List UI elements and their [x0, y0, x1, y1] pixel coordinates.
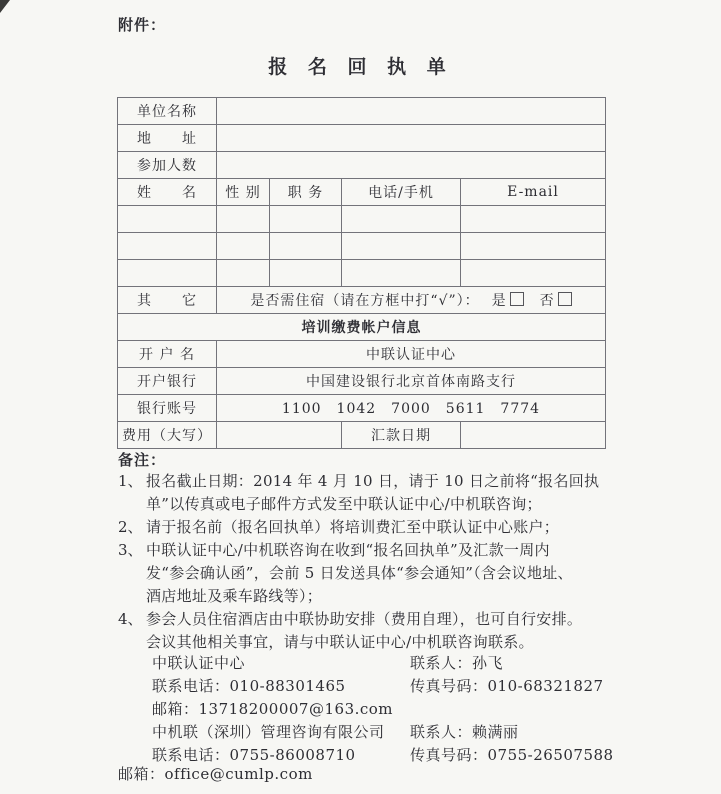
- payment-section-header: 培训缴费帐户信息: [118, 314, 606, 341]
- note-number: 3、: [118, 539, 146, 608]
- participants-input-cell: [217, 152, 606, 179]
- table-row: 参加人数: [118, 152, 606, 179]
- note-line: 发“参会确认函”，会前 5 日发送具体“参会通知”（含会议地址、: [146, 562, 620, 585]
- contact-row: 中联认证中心 联系人：孙飞: [152, 652, 622, 675]
- other-label: 其 它: [118, 287, 217, 314]
- person-phone-cell: [342, 260, 461, 287]
- accommodation-cell: 是否需住宿（请在方框中打“√”）：是否: [217, 287, 606, 314]
- table-row: 单位名称: [118, 98, 606, 125]
- person-name-cell: [118, 260, 217, 287]
- person-row: [118, 260, 606, 287]
- note-line: 会议其他相关事宜，请与中联认证中心/中机联咨询联系。: [146, 631, 620, 654]
- payment-header-row: 培训缴费帐户信息: [118, 314, 606, 341]
- note-line: 参会人员住宿酒店由中联协助安排（费用自理），也可自行安排。: [146, 608, 620, 631]
- note-line: 中联认证中心/中机联咨询在收到“报名回执单”及汇款一周内: [146, 539, 620, 562]
- person-email-cell: [461, 233, 606, 260]
- person-gender-cell: [217, 260, 270, 287]
- table-header-row: 姓 名 性 别 职 务 电话/手机 E-mail: [118, 179, 606, 206]
- col-header-position: 职 务: [270, 179, 342, 206]
- account-number-label: 银行账号: [118, 395, 217, 422]
- person-email-cell: [461, 260, 606, 287]
- account-number-value: 1100 1042 7000 5611 7774: [217, 395, 606, 422]
- address-input-cell: [217, 125, 606, 152]
- fee-input-cell: [217, 422, 342, 449]
- person-name-cell: [118, 206, 217, 233]
- person-position-cell: [270, 260, 342, 287]
- remittance-date-label: 汇款日期: [342, 422, 461, 449]
- org1-name: 中联认证中心: [152, 652, 410, 675]
- note-number: 4、: [118, 608, 146, 654]
- bank-row: 开户银行 中国建设银行北京首体南路支行: [118, 368, 606, 395]
- registration-table: 单位名称 地 址 参加人数 姓 名 性 别 职 务 电话/手机 E-mail: [117, 97, 606, 449]
- contact-row: 邮箱：13718200007@163.com: [152, 698, 622, 721]
- note-line: 单”以传真或电子邮件方式发至中联认证中心/中机联咨询；: [146, 493, 620, 516]
- scan-artifact-corner: [0, 0, 10, 13]
- footer-email: 邮箱：office@cumlp.com: [118, 763, 313, 784]
- note-line: 请于报名前（报名回执单）将培训费汇至中联认证中心账户；: [146, 516, 620, 539]
- contact-row: 联系电话：010-88301465 传真号码：010-68321827: [152, 675, 622, 698]
- person-phone-cell: [342, 206, 461, 233]
- person-gender-cell: [217, 206, 270, 233]
- person-position-cell: [270, 206, 342, 233]
- bank-value: 中国建设银行北京首体南路支行: [217, 368, 606, 395]
- notes-title: 备注：: [118, 450, 620, 470]
- account-name-row: 开 户 名 中联认证中心: [118, 341, 606, 368]
- unit-name-input-cell: [217, 98, 606, 125]
- unit-name-label: 单位名称: [118, 98, 217, 125]
- remittance-date-input-cell: [461, 422, 606, 449]
- no-checkbox: [558, 292, 572, 306]
- person-phone-cell: [342, 233, 461, 260]
- org2-contact-person: 联系人：赖满丽: [410, 721, 622, 744]
- page-title: 报 名 回 执 单: [0, 52, 721, 79]
- org2-name: 中机联（深圳）管理咨询有限公司: [152, 721, 410, 744]
- scanned-document-page: 附件： 报 名 回 执 单 单位名称 地 址 参加人数 姓 名 性 别 职 务 …: [0, 0, 721, 794]
- participants-label: 参加人数: [118, 152, 217, 179]
- note-item-1: 1、 报名截止日期：2014 年 4 月 10 日，请于 10 日之前将“报名回…: [118, 470, 620, 516]
- note-number: 1、: [118, 470, 146, 516]
- org1-phone: 联系电话：010-88301465: [152, 675, 410, 698]
- person-email-cell: [461, 206, 606, 233]
- org1-email: 邮箱：13718200007@163.com: [152, 698, 410, 721]
- bank-label: 开户银行: [118, 368, 217, 395]
- person-gender-cell: [217, 233, 270, 260]
- yes-checkbox: [510, 292, 524, 306]
- note-item-2: 2、 请于报名前（报名回执单）将培训费汇至中联认证中心账户；: [118, 516, 620, 539]
- attachment-label: 附件：: [118, 14, 166, 35]
- other-row: 其 它 是否需住宿（请在方框中打“√”）：是否: [118, 287, 606, 314]
- accommodation-no-label: 否: [540, 293, 555, 309]
- account-name-label: 开 户 名: [118, 341, 217, 368]
- person-name-cell: [118, 233, 217, 260]
- accommodation-yes-label: 是: [492, 293, 507, 309]
- table-row: 地 址: [118, 125, 606, 152]
- address-label: 地 址: [118, 125, 217, 152]
- contacts-block: 中联认证中心 联系人：孙飞 联系电话：010-88301465 传真号码：010…: [152, 652, 622, 767]
- person-position-cell: [270, 233, 342, 260]
- col-header-phone: 电话/手机: [342, 179, 461, 206]
- col-header-name: 姓 名: [118, 179, 217, 206]
- person-row: [118, 206, 606, 233]
- note-item-3: 3、 中联认证中心/中机联咨询在收到“报名回执单”及汇款一周内 发“参会确认函”…: [118, 539, 620, 608]
- col-header-email: E-mail: [461, 179, 606, 206]
- note-line: 报名截止日期：2014 年 4 月 10 日，请于 10 日之前将“报名回执: [146, 470, 620, 493]
- person-row: [118, 233, 606, 260]
- note-number: 2、: [118, 516, 146, 539]
- fee-row: 费用（大写） 汇款日期: [118, 422, 606, 449]
- accommodation-question: 是否需住宿（请在方框中打“√”）：: [250, 293, 479, 309]
- note-line: 酒店地址及乘车路线等）；: [146, 585, 620, 608]
- col-header-gender: 性 别: [217, 179, 270, 206]
- org2-fax: 传真号码：0755-26507588: [410, 744, 622, 767]
- contact-right-empty: [410, 698, 622, 721]
- account-name-value: 中联认证中心: [217, 341, 606, 368]
- org1-contact-person: 联系人：孙飞: [410, 652, 622, 675]
- note-item-4: 4、 参会人员住宿酒店由中联协助安排（费用自理），也可自行安排。 会议其他相关事…: [118, 608, 620, 654]
- contact-row: 中机联（深圳）管理咨询有限公司 联系人：赖满丽: [152, 721, 622, 744]
- fee-label: 费用（大写）: [118, 422, 217, 449]
- account-number-row: 银行账号 1100 1042 7000 5611 7774: [118, 395, 606, 422]
- notes-section: 备注： 1、 报名截止日期：2014 年 4 月 10 日，请于 10 日之前将…: [118, 450, 620, 654]
- org1-fax: 传真号码：010-68321827: [410, 675, 622, 698]
